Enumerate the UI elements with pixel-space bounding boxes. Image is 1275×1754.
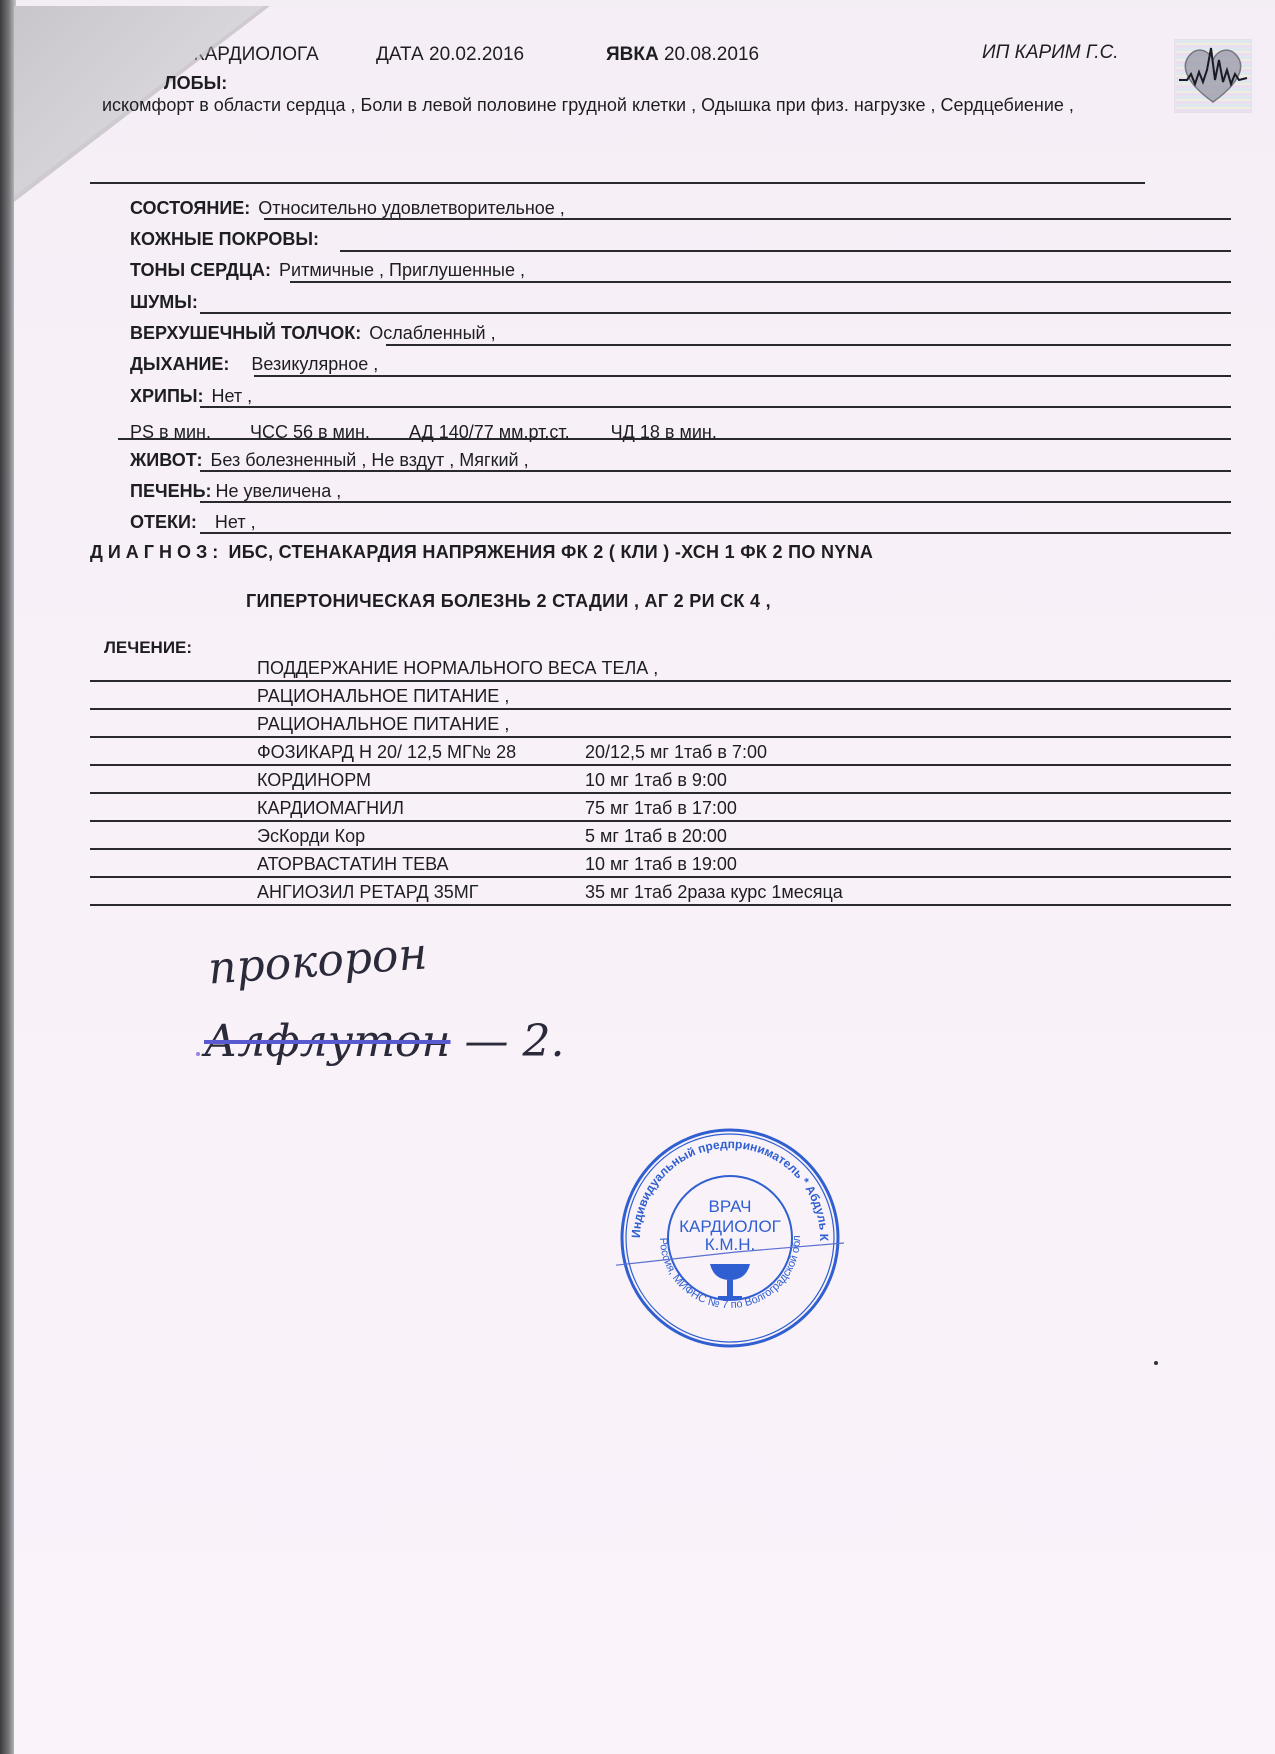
clinic-name: ИП КАРИМ Г.С.: [982, 42, 1119, 64]
treatment-item: КОРДИНОРМ10 мг 1таб в 9:00: [257, 770, 371, 791]
rule: [90, 680, 1231, 682]
rule: [200, 501, 1231, 503]
handwritten-line-1: прокорон: [206, 928, 428, 994]
drug-name: РАЦИОНАЛЬНОЕ ПИТАНИЕ ,: [257, 686, 509, 706]
rule: [90, 820, 1231, 822]
rule: [90, 736, 1231, 738]
rule: [386, 344, 1231, 346]
treatment-item: ФОЗИКАРД Н 20/ 12,5 МГ№ 2820/12,5 мг 1та…: [257, 742, 516, 763]
exam-row-breathing: ДЫХАНИЕ:Везикулярное ,: [130, 354, 378, 375]
scan-speck: [1154, 1361, 1158, 1365]
treatment-item: РАЦИОНАЛЬНОЕ ПИТАНИЕ ,: [257, 686, 509, 707]
drug-name: ЭсКорди Кор: [257, 826, 365, 846]
exam-row-heart-tones: ТОНЫ СЕРДЦА:Ритмичные , Приглушенные ,: [130, 260, 525, 281]
drug-name: РАЦИОНАЛЬНОЕ ПИТАНИЕ ,: [257, 714, 509, 734]
exam-row-apex-beat: ВЕРХУШЕЧНЫЙ ТОЛЧОК:Ослабленный ,: [130, 323, 496, 344]
rule: [290, 281, 1231, 283]
rule: [90, 904, 1231, 906]
rule: [200, 470, 1231, 472]
rule: [340, 250, 1231, 252]
heart-ecg-icon: [1174, 39, 1252, 113]
header-visit: ЯВКА 20.08.2016: [606, 44, 759, 66]
exam-row-liver: ПЕЧЕНЬ:Не увеличена ,: [130, 481, 341, 502]
rule: [90, 708, 1231, 710]
treatment-item: КАРДИОМАГНИЛ75 мг 1таб в 17:00: [257, 798, 404, 819]
drug-name: КАРДИОМАГНИЛ: [257, 798, 404, 818]
drug-dose: 20/12,5 мг 1таб в 7:00: [585, 742, 767, 763]
diagnosis-line-2: ГИПЕРТОНИЧЕСКАЯ БОЛЕЗНЬ 2 СТАДИИ , АГ 2 …: [246, 591, 771, 612]
svg-text:КАРДИОЛОГ: КАРДИОЛОГ: [679, 1217, 781, 1236]
drug-dose: 10 мг 1таб в 19:00: [585, 854, 737, 875]
document-page: ТР КАРДИОЛОГА ДАТА 20.02.2016 ЯВКА 20.08…: [14, 6, 1275, 1754]
exam-row-rales: ХРИПЫ:Нет ,: [130, 386, 252, 407]
rule: [200, 312, 1231, 314]
drug-name: ПОДДЕРЖАНИЕ НОРМАЛЬНОГО ВЕСА ТЕЛА ,: [257, 658, 658, 678]
complaints-text: искомфорт в области сердца , Боли в лево…: [102, 92, 1102, 119]
complaints-label: ЛОБЫ:: [164, 73, 227, 94]
drug-dose: 75 мг 1таб в 17:00: [585, 798, 737, 819]
treatment-item: АТОРВАСТАТИН ТЕВА10 мг 1таб в 19:00: [257, 854, 449, 875]
rule: [90, 764, 1231, 766]
treatment-item: АНГИОЗИЛ РЕТАРД 35МГ35 мг 1таб 2раза кур…: [257, 882, 478, 903]
drug-dose: 35 мг 1таб 2раза курс 1месяца: [585, 882, 843, 903]
rule: [90, 848, 1231, 850]
doctor-stamp: Индивидуальный предприниматель * Абдуль …: [616, 1124, 844, 1352]
exam-row-state: СОСТОЯНИЕ:Относительно удовлетворительно…: [130, 198, 565, 219]
exam-row-skin: КОЖНЫЕ ПОКРОВЫ:: [130, 229, 327, 250]
ink-dot: [196, 1052, 200, 1056]
rule: [200, 532, 1231, 534]
header-date: ДАТА 20.02.2016: [376, 44, 524, 66]
divider: [90, 182, 1145, 184]
drug-dose: 10 мг 1таб в 9:00: [585, 770, 727, 791]
rule: [264, 218, 1231, 220]
handwritten-line-2: Алфлутон — 2.: [204, 1016, 564, 1067]
svg-text:ВРАЧ: ВРАЧ: [709, 1197, 752, 1216]
exam-row-abdomen: ЖИВОТ:Без болезненный , Не вздут , Мягки…: [130, 450, 529, 471]
drug-dose: 5 мг 1таб в 20:00: [585, 826, 727, 847]
drug-name: АНГИОЗИЛ РЕТАРД 35МГ: [257, 882, 478, 902]
rule: [90, 792, 1231, 794]
drug-name: ФОЗИКАРД Н 20/ 12,5 МГ№ 28: [257, 742, 516, 762]
treatment-item: РАЦИОНАЛЬНОЕ ПИТАНИЕ ,: [257, 714, 509, 735]
treatment-item: ЭсКорди Кор5 мг 1таб в 20:00: [257, 826, 365, 847]
rule: [90, 876, 1231, 878]
rule: [118, 438, 1231, 440]
exam-row-murmurs: ШУМЫ:: [130, 292, 206, 313]
treatment-label: ЛЕЧЕНИЕ:: [104, 638, 192, 658]
rule: [200, 406, 1231, 408]
exam-row-edema: ОТЕКИ:Нет ,: [130, 512, 256, 533]
diagnosis-line-1: ДИАГНОЗ: ИБС, СТЕНАКАРДИЯ НАПРЯЖЕНИЯ ФК …: [90, 542, 873, 563]
drug-name: КОРДИНОРМ: [257, 770, 371, 790]
drug-name: АТОРВАСТАТИН ТЕВА: [257, 854, 449, 874]
rule: [254, 375, 1231, 377]
treatment-item: ПОДДЕРЖАНИЕ НОРМАЛЬНОГО ВЕСА ТЕЛА ,: [257, 658, 658, 679]
